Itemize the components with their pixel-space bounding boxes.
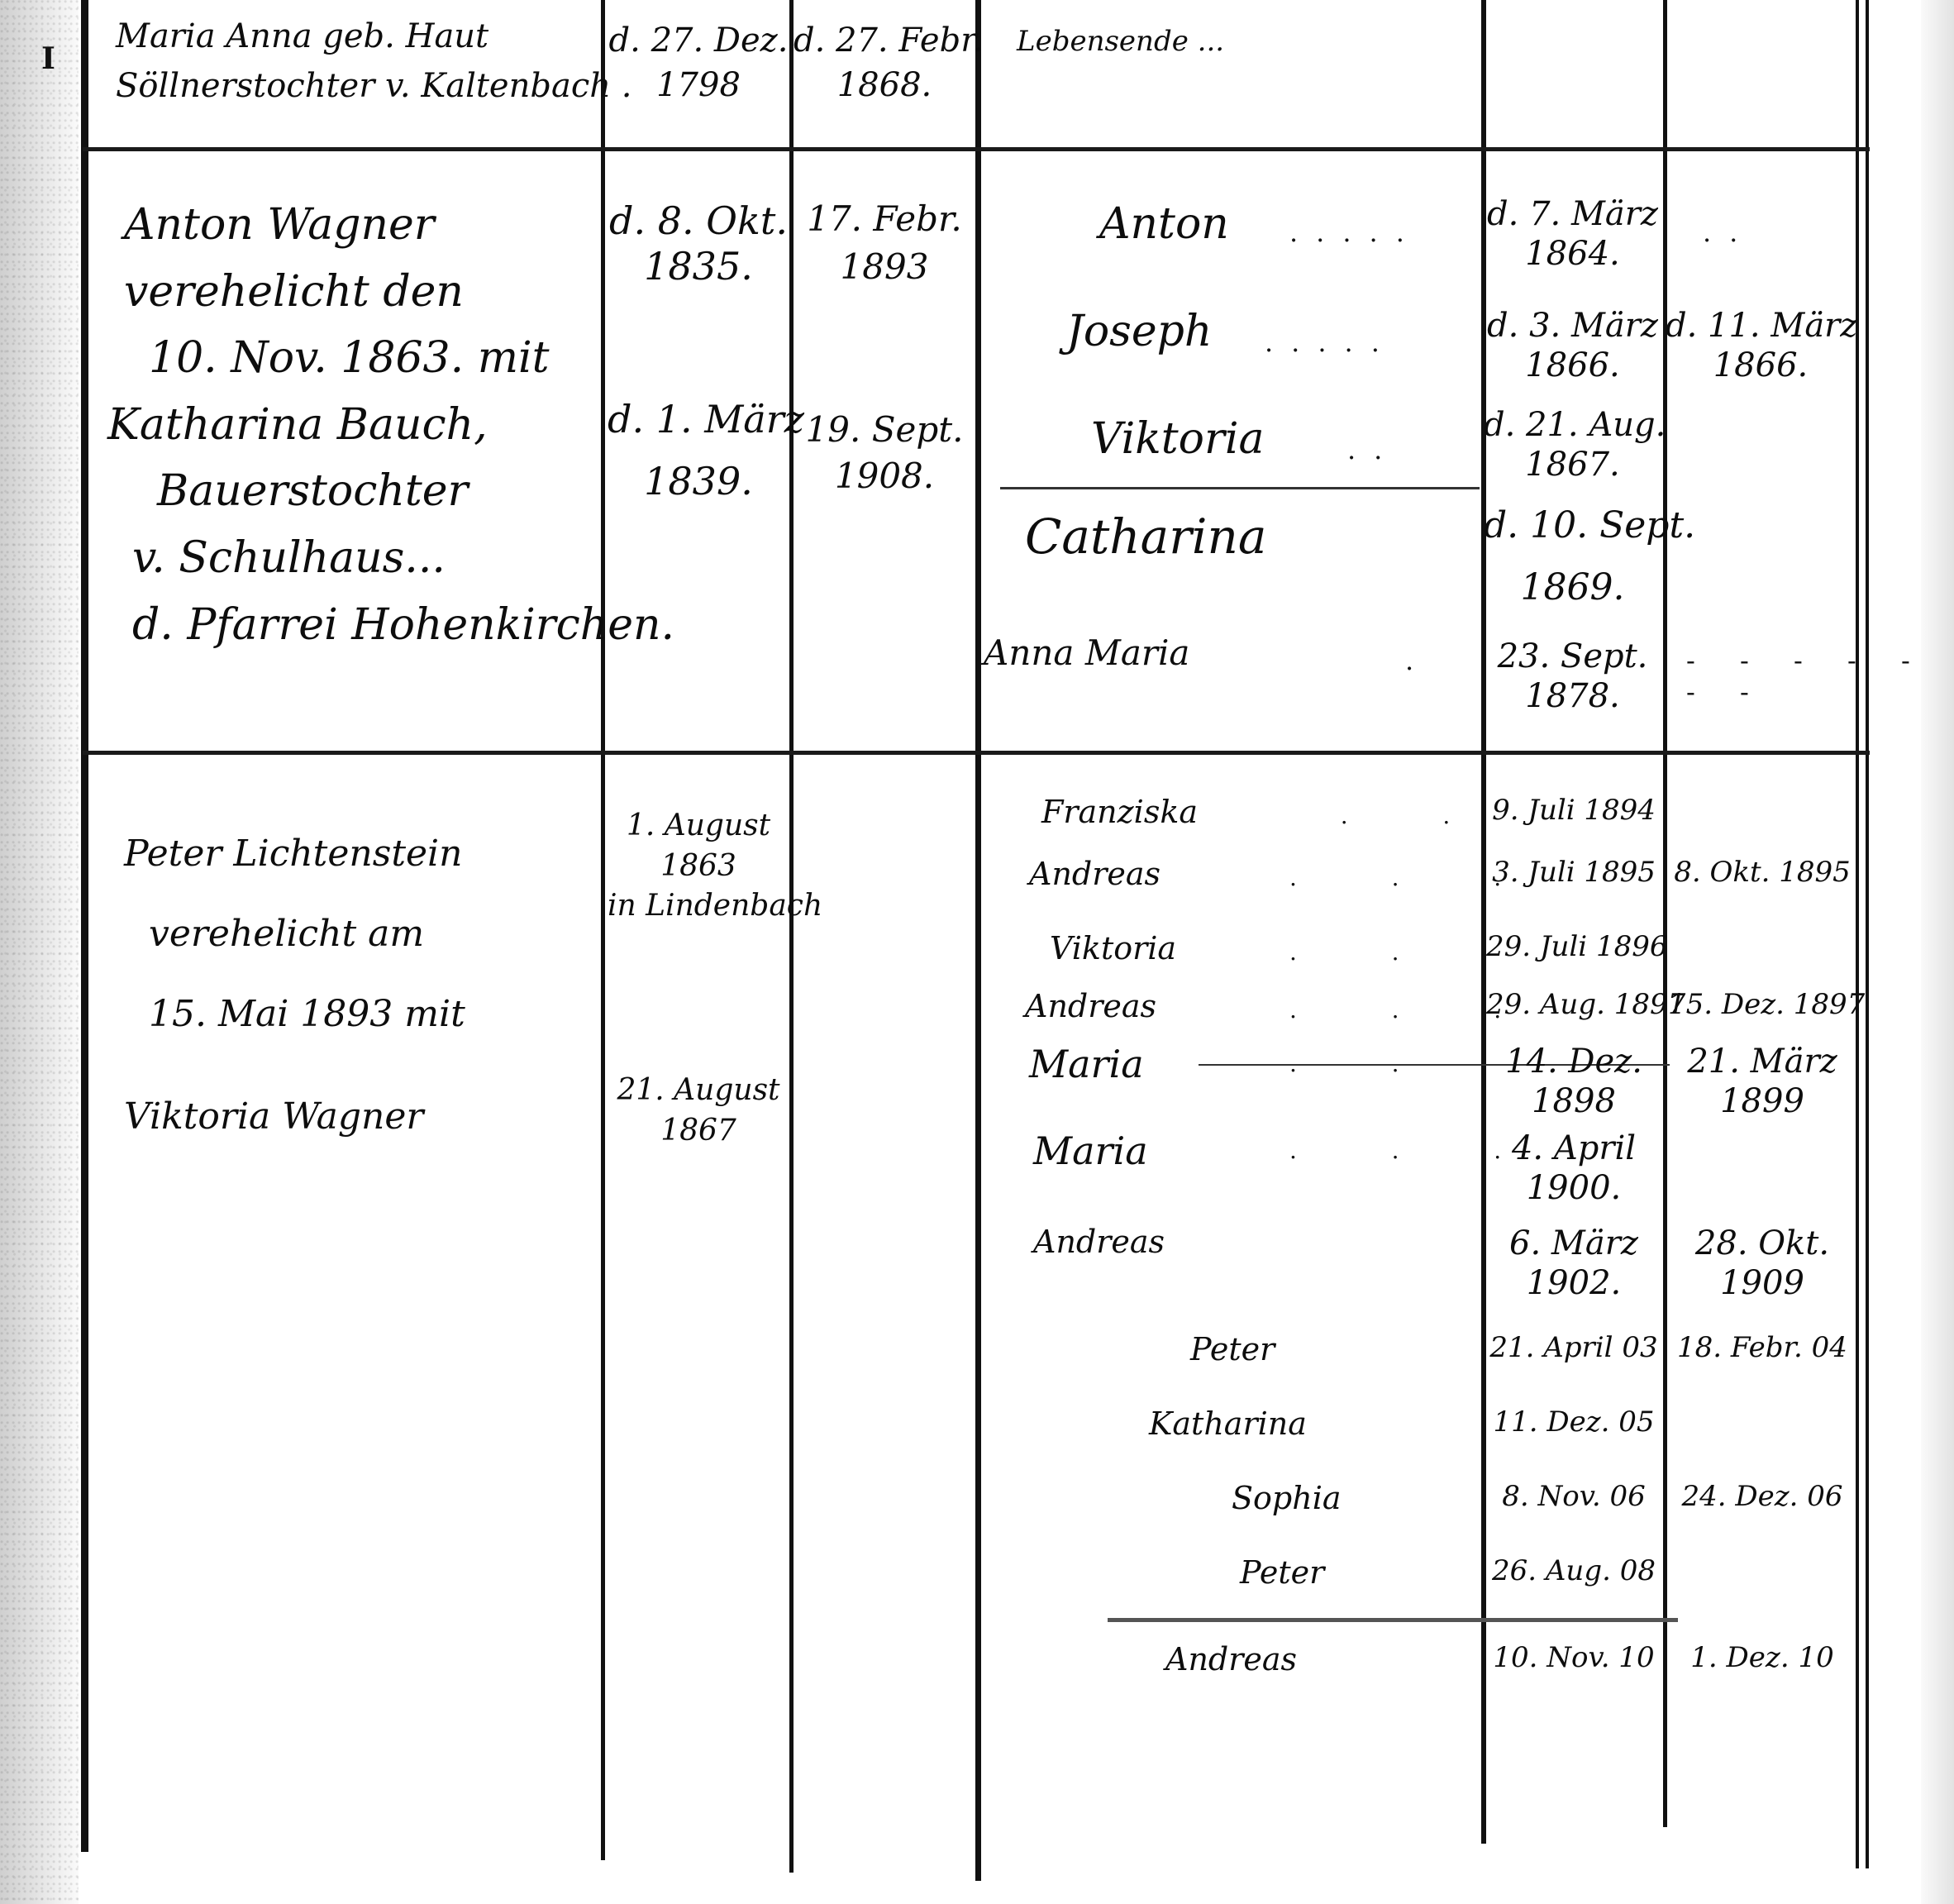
rule-col-3 [975, 0, 981, 1881]
leader-dots: . . [1289, 1050, 1418, 1077]
child-death: d. 11. März 1866. [1666, 306, 1856, 385]
entry-3-parents: Peter Lichtenstein verehelicht am 15. Ma… [124, 814, 465, 1157]
child-death: 24. Dez. 06 [1668, 1480, 1856, 1514]
child-birth: 26. Aug. 08 [1486, 1554, 1661, 1588]
entry-1-parent-death: d. 27. Febr. 1868. [794, 21, 975, 105]
child-birth: d. 3. März 1866. [1484, 306, 1661, 385]
child-birth: 10. Nov. 10 [1486, 1641, 1661, 1675]
child-birth: d. 7. März 1864. [1484, 194, 1661, 274]
child-name: Anna Maria [984, 632, 1189, 674]
child-name: Viktoria [1050, 930, 1176, 968]
child-death: 21. März1899 [1668, 1042, 1856, 1121]
child-name: Peter [1190, 1331, 1275, 1369]
row-marker: I [41, 41, 55, 76]
child-death: 8. Okt. 1895 [1668, 856, 1856, 890]
child-name: Maria [1033, 1129, 1148, 1174]
child-death: 28. Okt.1909 [1668, 1224, 1856, 1303]
entry-2-parents: Anton Wagner verehelicht den 10. Nov. 18… [107, 192, 674, 658]
child-birth: 3. Juli 1895 [1486, 856, 1661, 890]
leader-dots: . . . [1289, 996, 1519, 1024]
children-divider-2 [1108, 1618, 1678, 1622]
entry-2-mother-death: 19. Sept. 1908. [794, 409, 975, 498]
entry-1-note: Lebensende ... [1017, 25, 1224, 59]
scan-edge-right [1921, 0, 1954, 1904]
child-birth: 9. Juli 1894 [1486, 794, 1661, 828]
child-birth: 23. Sept. 1878. [1484, 637, 1661, 716]
child-birth: 29. Juli 1896 [1486, 930, 1661, 964]
leader-dots: . . . [1289, 1137, 1519, 1164]
child-birth: 14. Dez.1898 [1486, 1042, 1661, 1121]
row-separator-2 [83, 751, 1870, 755]
leader-dots: . [1405, 645, 1432, 676]
entry-2-mother-birth: d. 1. März 1839. [608, 397, 789, 504]
child-death: 18. Febr. 04 [1668, 1331, 1856, 1365]
child-name: Katharina [1149, 1405, 1307, 1444]
child-name: Andreas [1029, 856, 1160, 894]
child-name: Andreas [1025, 988, 1156, 1026]
child-name: Joseph [1066, 306, 1212, 357]
child-birth: d. 10. Sept. 1869. [1484, 504, 1661, 610]
entry-3-father-birth: 1. August 1863 in Lindenbach [608, 806, 789, 927]
rule-col-6 [1856, 0, 1859, 1868]
entry-1-parent-birth: d. 27. Dez. 1798 [608, 21, 789, 105]
child-name: Maria [1029, 1042, 1144, 1087]
child-birth: 8. Nov. 06 [1486, 1480, 1661, 1514]
entry-1-parents: Maria Anna geb. Haut Söllnerstochter v. … [116, 17, 631, 106]
rule-col-5 [1663, 0, 1667, 1827]
leader-dots: . . [1289, 938, 1418, 966]
entry-2-father-birth: d. 8. Okt. 1835. [608, 198, 789, 289]
child-birth: d. 21. Aug. 1867. [1484, 405, 1661, 484]
child-birth: 11. Dez. 05 [1486, 1405, 1661, 1439]
leader-dots: . . . [1289, 864, 1519, 891]
entry-3-mother-birth: 21. August 1867 [608, 1071, 789, 1151]
child-name: Franziska [1041, 794, 1198, 832]
leader-dots: ..... [1289, 217, 1423, 248]
child-death: 1. Dez. 10 [1668, 1641, 1856, 1675]
child-name: Anton [1099, 198, 1229, 250]
leader-dots: .. [1703, 217, 1756, 248]
child-name: Andreas [1165, 1641, 1297, 1679]
child-birth: 21. April 03 [1486, 1331, 1661, 1365]
leader-dots: . . [1289, 802, 1468, 829]
children-divider-1 [1000, 487, 1480, 489]
rule-left-border [81, 0, 88, 1852]
leader-dots: ..... [1265, 327, 1398, 358]
scan-edge-left [0, 0, 79, 1904]
child-death: 15. Dez. 1897 [1668, 988, 1856, 1022]
child-name: Viktoria [1091, 413, 1264, 465]
leader-dots: .. [1347, 434, 1400, 465]
leader-dots: - - - - - - - [1686, 645, 1954, 708]
child-birth: 29. Aug. 1897 [1486, 988, 1661, 1022]
child-name: Sophia [1232, 1480, 1342, 1518]
child-name: Peter [1240, 1554, 1324, 1592]
row-separator-1 [83, 147, 1870, 151]
rule-col-6b [1866, 0, 1869, 1868]
entry-2-father-death: 17. Febr. 1893 [794, 198, 975, 289]
child-birth: 4. April1900. [1486, 1129, 1661, 1208]
child-name: Andreas [1033, 1224, 1165, 1262]
child-name: Catharina [1025, 508, 1266, 566]
child-birth: 6. März1902. [1486, 1224, 1661, 1303]
